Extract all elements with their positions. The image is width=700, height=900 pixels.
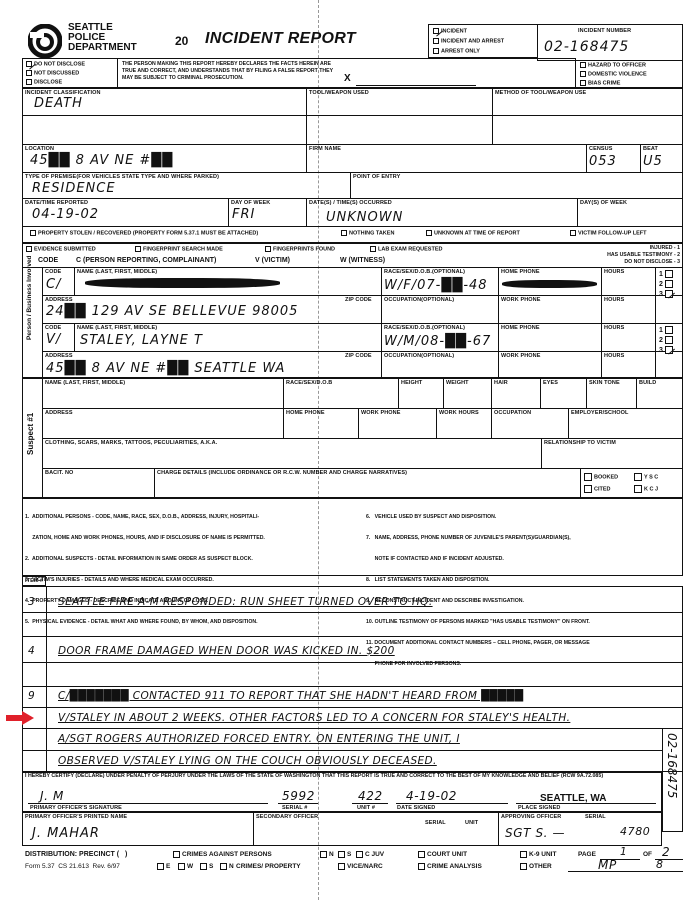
- person1-code[interactable]: C/: [46, 277, 61, 292]
- person2-flag-1[interactable]: 1: [659, 326, 675, 336]
- suspect-eyes-label: EYES: [543, 380, 558, 386]
- checkbox-icon[interactable]: [580, 71, 586, 77]
- person1-code-label: CODE: [45, 269, 61, 275]
- legend-injured: INJURED - 1: [607, 245, 680, 252]
- check-vice-narc[interactable]: VICE/NARC: [338, 863, 383, 870]
- person2-address[interactable]: 45██ 8 AV NE #██ SEATTLE WA: [46, 361, 285, 376]
- declaration-box: THE PERSON MAKING THIS REPORT HEREBY DEC…: [117, 58, 576, 88]
- suspect-hair-label: HAIR: [494, 380, 508, 386]
- person2-code[interactable]: V/: [46, 332, 61, 347]
- checkbox-icon[interactable]: [320, 851, 327, 858]
- of-label: OF: [643, 851, 652, 858]
- suspect-skin-label: SKIN TONE: [589, 380, 620, 386]
- suspect-build-label: BUILD: [639, 380, 656, 386]
- seattle-police-logo-icon: [28, 24, 62, 58]
- footer-initials-2: 8: [656, 858, 664, 871]
- check-precinct-s[interactable]: S: [200, 863, 213, 870]
- checkbox-icon[interactable]: [220, 863, 227, 870]
- check-crime-analysis[interactable]: CRIME ANALYSIS: [418, 863, 482, 870]
- suspect-name-label: NAME (LAST, FIRST, MIDDLE): [45, 380, 125, 386]
- person1-name-label: NAME (LAST, FIRST, MIDDLE): [77, 269, 157, 275]
- narrative-line-1[interactable]: SEATTLE FIRE A-M RESPONDED: RUN SHEET TU…: [58, 596, 433, 608]
- checkbox-icon[interactable]: [570, 230, 576, 236]
- checkbox-icon[interactable]: [265, 246, 271, 252]
- place-signed-label: PLACE SIGNED: [518, 805, 560, 811]
- incident-number[interactable]: 02-168475: [544, 39, 629, 55]
- firm-name-label: FIRM NAME: [309, 146, 341, 152]
- narrative-line-2[interactable]: DOOR FRAME DAMAGED WHEN DOOR WAS KICKED …: [58, 645, 395, 657]
- person1-address[interactable]: 24██ 129 AV SE BELLEVUE 98005: [46, 304, 298, 319]
- persons-section-label: Person / Business Involved: [26, 255, 33, 340]
- person1-zip-label: ZIP CODE: [345, 297, 372, 303]
- check-c-juv[interactable]: C JUV: [356, 851, 384, 858]
- person2-address-label: ADDRESS: [45, 353, 73, 359]
- form-number: Form 5.37 CS 21.613 Rev. 6/97: [25, 863, 120, 870]
- approving-serial-label: SERIAL: [585, 814, 606, 820]
- check-crimes-against-persons[interactable]: CRIMES AGAINST PERSONS: [173, 851, 272, 858]
- person1-flag-1[interactable]: 1: [659, 270, 675, 280]
- narrative-line-5[interactable]: A/SGT ROGERS AUTHORIZED FORCED ENTRY. ON…: [58, 733, 460, 745]
- suspect-section-label: Suspect #1: [26, 413, 35, 455]
- person2-home-phone-label: HOME PHONE: [501, 325, 540, 331]
- distribution-label: DISTRIBUTION: PRECINCT ( ): [25, 851, 127, 858]
- suspect-work-phone-label: WORK PHONE: [361, 410, 401, 416]
- checkbox-icon[interactable]: [665, 270, 673, 278]
- checkbox-icon[interactable]: [178, 863, 185, 870]
- unit-value[interactable]: 422: [358, 789, 383, 803]
- suspect-clothing-label: CLOTHING, SCARS, MARKS, TATTOOS, PECULIA…: [45, 440, 217, 446]
- checkbox-icon[interactable]: [338, 851, 345, 858]
- secondary-serial-label: SERIAL: [425, 820, 446, 826]
- date-occurred-value[interactable]: UNKNOWN: [326, 210, 403, 225]
- person2-name-label: NAME (LAST, FIRST, MIDDLE): [77, 325, 157, 331]
- person2-work-hours-label: HOURS: [604, 353, 624, 359]
- report-type-incident-and-arrest[interactable]: INCIDENT AND ARREST: [433, 38, 504, 44]
- suspect-home-phone-label: HOME PHONE: [286, 410, 325, 416]
- check-property-stolen[interactable]: PROPERTY STOLEN / RECOVERED (PROPERTY FO…: [30, 230, 258, 236]
- person2-name[interactable]: STALEY, LAYNE T: [80, 333, 203, 348]
- check-precinct-w[interactable]: W: [178, 863, 193, 870]
- legend-testimony: HAS USABLE TESTIMONY - 2: [607, 252, 680, 259]
- item-number-header: ITEM #: [22, 576, 46, 586]
- person2-work-phone-label: WORK PHONE: [501, 353, 541, 359]
- check-victim-follow-up[interactable]: VICTIM FOLLOW-UP LEFT: [570, 230, 647, 236]
- checkbox-checked-icon[interactable]: [433, 28, 439, 34]
- check-evidence-submitted[interactable]: EVIDENCE SUBMITTED: [26, 246, 96, 252]
- suspect-height-label: HEIGHT: [401, 380, 422, 386]
- approving-officer-signature[interactable]: SGT S. —: [505, 826, 565, 840]
- narrative-line-4[interactable]: V/STALEY IN ABOUT 2 WEEKS. OTHER FACTORS…: [58, 712, 570, 724]
- tool-label: TOOL/WEAPON USED: [309, 90, 369, 96]
- checkbox-icon[interactable]: [26, 246, 32, 252]
- certification-text: I HEREBY CERTIFY (DECLARE) UNDER PENALTY…: [25, 773, 640, 779]
- checkbox-icon[interactable]: [370, 246, 376, 252]
- check-unknown-at-time[interactable]: UNKNOWN AT TIME OF REPORT: [426, 230, 520, 236]
- narrative-item-9: 9: [28, 690, 35, 702]
- check-kcj[interactable]: K C J: [634, 485, 658, 493]
- check-s[interactable]: S: [338, 851, 351, 858]
- page-title: INCIDENT REPORT: [205, 30, 356, 48]
- checkbox-icon[interactable]: [584, 485, 592, 493]
- disclosure-box: DO NOT DISCLOSE NOT DISCUSSED DISCLOSE: [22, 58, 118, 88]
- person2-hours-label: HOURS: [604, 325, 624, 331]
- checkbox-icon[interactable]: [356, 851, 363, 858]
- suspect-address-label: ADDRESS: [45, 410, 73, 416]
- suspect-work-hours-label: WORK HOURS: [439, 410, 479, 416]
- premise-label: TYPE OF PREMISE(FOR VEHICLES STATE TYPE …: [25, 174, 219, 180]
- day-of-week-label: DAY OF WEEK: [231, 200, 270, 206]
- checkbox-icon[interactable]: [338, 863, 345, 870]
- person2-race-label: RACE/SEX/D.O.B.(OPTIONAL): [384, 325, 465, 331]
- disclosure-do-not-disclose[interactable]: DO NOT DISCLOSE: [26, 61, 85, 67]
- checkbox-icon[interactable]: [665, 326, 673, 334]
- redacted-phone: [502, 280, 597, 288]
- checkbox-icon[interactable]: [584, 473, 592, 481]
- incident-number-box: INCIDENT NUMBER 02-168475: [537, 24, 683, 61]
- check-n[interactable]: N: [320, 851, 334, 858]
- disclosure-not-discussed[interactable]: NOT DISCUSSED: [26, 70, 79, 76]
- narrative-line-3[interactable]: C/███████ CONTACTED 911 TO REPORT THAT S…: [58, 690, 523, 702]
- check-ysc[interactable]: Y S C: [634, 473, 658, 481]
- checkbox-checked-icon[interactable]: [26, 61, 32, 67]
- date-reported-value[interactable]: 04-19-02: [32, 207, 99, 222]
- checkbox-icon[interactable]: [433, 48, 439, 54]
- check-court-unit[interactable]: COURT UNIT: [418, 851, 467, 858]
- person1-home-phone-label: HOME PHONE: [501, 269, 540, 275]
- serial-label: SERIAL #: [282, 805, 307, 811]
- check-precinct-n[interactable]: N: [220, 863, 234, 870]
- report-type-incident[interactable]: INCIDENT: [433, 28, 467, 34]
- suspect-relationship-label: RELATIONSHIP TO VICTIM: [544, 440, 616, 446]
- day-of-week-value[interactable]: FRI: [232, 207, 255, 222]
- date-reported-label: DATE/TIME REPORTED: [25, 200, 88, 206]
- approving-officer-label: APPROVING OFFICER: [501, 814, 561, 820]
- checkbox-icon[interactable]: [157, 863, 164, 870]
- point-of-entry-label: POINT OF ENTRY: [353, 174, 400, 180]
- person2-zip-label: ZIP CODE: [345, 353, 372, 359]
- method-label: METHOD OF TOOL/WEAPON USE: [495, 90, 586, 96]
- location-label: LOCATION: [25, 146, 54, 152]
- approving-serial-value[interactable]: 4780: [620, 825, 650, 838]
- person1-work-phone-label: WORK PHONE: [501, 297, 541, 303]
- check-precinct-e[interactable]: E: [157, 863, 170, 870]
- secondary-officer-label: SECONDARY OFFICER: [256, 814, 318, 820]
- person1-flag-3[interactable]: 3: [659, 290, 675, 300]
- person2-occupation-label: OCCUPATION(OPTIONAL): [384, 353, 454, 359]
- unit-label: UNIT #: [357, 805, 375, 811]
- person2-code-label: CODE: [45, 325, 61, 331]
- incident-number-label: INCIDENT NUMBER: [578, 28, 631, 34]
- check-lab-exam[interactable]: LAB EXAM REQUESTED: [370, 246, 442, 252]
- location-value[interactable]: 45██ 8 AV NE #██: [30, 153, 173, 168]
- flags-box: HAZARD TO OFFICER DOMESTIC VIOLENCE BIAS…: [575, 60, 683, 88]
- department-name: SEATTLE POLICE DEPARTMENT: [68, 23, 137, 53]
- checkbox-checked-icon[interactable]: [665, 346, 673, 354]
- checkbox-icon[interactable]: [26, 70, 32, 76]
- secondary-unit-label: UNIT: [465, 820, 478, 826]
- check-nothing-taken[interactable]: NOTHING TAKEN: [341, 230, 394, 236]
- days-of-week-label: DAY(S) OF WEEK: [580, 200, 627, 206]
- person2-race[interactable]: W/M/08-██-67: [384, 334, 491, 349]
- red-arrow-icon: [6, 711, 34, 730]
- person2-flag-3[interactable]: 3: [659, 346, 675, 356]
- narrative-item-4: 4: [28, 645, 35, 657]
- page-number: 1: [620, 846, 627, 858]
- premise-value[interactable]: RESIDENCE: [32, 181, 116, 196]
- dept-line-3: DEPARTMENT: [68, 43, 137, 53]
- signature-label: PRIMARY OFFICER'S SIGNATURE: [30, 805, 122, 811]
- checkbox-icon[interactable]: [200, 863, 207, 870]
- code-v-header: V (VICTIM): [255, 257, 290, 264]
- person1-work-hours-label: HOURS: [604, 297, 624, 303]
- page-label: PAGE: [578, 851, 596, 858]
- page-total: 2: [662, 845, 670, 859]
- person1-address-label: ADDRESS: [45, 297, 73, 303]
- footer-initials: MP: [598, 858, 617, 872]
- check-other[interactable]: OTHER: [520, 863, 552, 870]
- checkbox-icon[interactable]: [433, 38, 439, 44]
- check-fingerprints-found[interactable]: FINGERPRINTS FOUND: [265, 246, 335, 252]
- side-incident-number: 02-168475: [665, 733, 679, 798]
- date-occurred-label: DATE(S) / TIME(S) OCCURRED: [309, 200, 392, 206]
- suspect-employer-label: EMPLOYER/SCHOOL: [571, 410, 628, 416]
- checkbox-icon[interactable]: [520, 863, 527, 870]
- person1-race[interactable]: W/F/07-██-48: [384, 278, 488, 293]
- person1-flags: 1 2 3: [659, 270, 675, 300]
- beat-label: BEAT: [643, 146, 658, 152]
- checkbox-icon[interactable]: [520, 851, 527, 858]
- report-type-box: INCIDENT INCIDENT AND ARREST ARREST ONLY: [428, 24, 538, 58]
- report-type-arrest-only[interactable]: ARREST ONLY: [433, 48, 480, 54]
- flag-hazard-to-officer[interactable]: HAZARD TO OFFICER: [580, 62, 646, 68]
- suspect-weight-label: WEIGHT: [446, 380, 469, 386]
- check-booked[interactable]: BOOKED: [584, 473, 618, 481]
- flag-domestic-violence[interactable]: DOMESTIC VIOLENCE: [580, 71, 647, 77]
- serial-value[interactable]: 5992: [282, 789, 315, 803]
- census-value[interactable]: 053: [589, 154, 617, 169]
- redacted-name: [85, 278, 280, 288]
- checkbox-icon[interactable]: [634, 473, 642, 481]
- person2-flags: 1 2 3: [659, 326, 675, 356]
- checkbox-icon[interactable]: [580, 80, 586, 86]
- year-prefix: 20: [175, 34, 188, 48]
- suspect-bacit-label: BACIT. NO: [45, 470, 73, 476]
- narrative-line-6[interactable]: OBSERVED V/STALEY LYING ON THE COUCH OBV…: [58, 755, 437, 767]
- checkbox-icon[interactable]: [634, 485, 642, 493]
- signature-mark: X: [344, 73, 351, 84]
- person1-hours-label: HOURS: [604, 269, 624, 275]
- date-signed-label: DATE SIGNED: [397, 805, 435, 811]
- declaration-text: THE PERSON MAKING THIS REPORT HEREBY DEC…: [122, 61, 337, 82]
- legend-do-not-disclose: DO NOT DISCLOSE - 3: [607, 259, 680, 266]
- check-fingerprint-search[interactable]: FINGERPRINT SEARCH MADE: [135, 246, 223, 252]
- primary-officer-signature[interactable]: J. M: [40, 789, 64, 803]
- checkbox-icon[interactable]: [580, 62, 586, 68]
- printed-name-value[interactable]: J. MAHAR: [32, 826, 100, 841]
- check-cited[interactable]: CITED: [584, 485, 611, 493]
- date-signed-value[interactable]: 4-19-02: [406, 789, 457, 803]
- checkbox-icon[interactable]: [26, 79, 32, 85]
- beat-value[interactable]: U5: [643, 154, 663, 169]
- checkbox-icon[interactable]: [135, 246, 141, 252]
- narrative-item-3: 3: [28, 596, 35, 608]
- checkbox-icon[interactable]: [341, 230, 347, 236]
- printed-name-label: PRIMARY OFFICER'S PRINTED NAME: [25, 814, 127, 820]
- checkbox-icon[interactable]: [30, 230, 36, 236]
- checkbox-icon[interactable]: [426, 230, 432, 236]
- checkbox-icon[interactable]: [173, 851, 180, 858]
- side-incident-number-tab: 02-168475: [662, 728, 683, 832]
- legend: INJURED - 1 HAS USABLE TESTIMONY - 2 DO …: [607, 245, 680, 266]
- person1-race-label: RACE/SEX/D.O.B.(OPTIONAL): [384, 269, 465, 275]
- suspect-charge-label: CHARGE DETAILS (INCLUDE ORDINANCE OR R.C…: [157, 470, 407, 476]
- suspect-race-label: RACE/SEX/D.O.B: [286, 380, 332, 386]
- checkbox-icon[interactable]: [418, 863, 425, 870]
- classification-value[interactable]: DEATH: [34, 96, 83, 111]
- person1-occupation-label: OCCUPATION(OPTIONAL): [384, 297, 454, 303]
- checkbox-checked-icon[interactable]: [665, 290, 673, 298]
- code-w-header: W (WITNESS): [340, 257, 385, 264]
- check-k9-unit[interactable]: K-9 UNIT: [520, 851, 556, 858]
- crimes-property-label: CRIMES/ PROPERTY: [236, 863, 301, 870]
- suspect-occupation-label: OCCUPATION: [494, 410, 531, 416]
- disclosure-disclose[interactable]: DISCLOSE: [26, 79, 62, 85]
- flag-bias-crime[interactable]: BIAS CRIME: [580, 80, 620, 86]
- census-label: CENSUS: [589, 146, 613, 152]
- code-c-header: C (PERSON REPORTING, COMPLAINANT): [76, 257, 216, 264]
- checkbox-icon[interactable]: [418, 851, 425, 858]
- code-header: CODE: [38, 257, 58, 264]
